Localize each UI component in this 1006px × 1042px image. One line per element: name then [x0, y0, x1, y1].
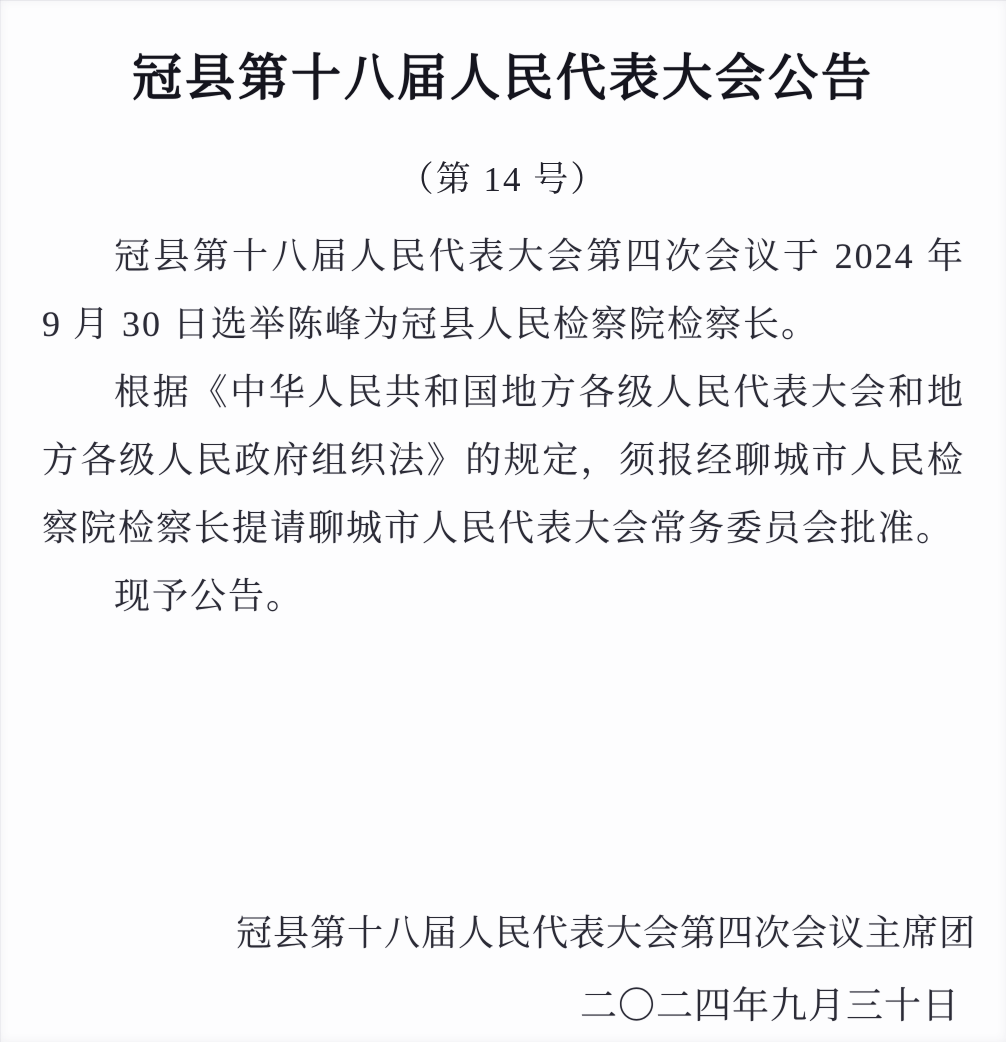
document-title: 冠县第十八届人民代表大会公告: [0, 38, 1006, 110]
document-body: 冠县第十八届人民代表大会第四次会议于 2024 年 9 月 30 日选举陈峰为冠…: [42, 222, 965, 630]
signature-presidium: 冠县第十八届人民代表大会第四次会议主席团: [236, 905, 976, 956]
document-date: 二〇二四年九月三十日: [580, 975, 960, 1029]
body-paragraph-proclamation: 现予公告。: [42, 562, 965, 630]
document-number: （第 14 号）: [0, 152, 1006, 202]
announcement-document: 冠县第十八届人民代表大会公告 （第 14 号） 冠县第十八届人民代表大会第四次会…: [0, 0, 1006, 1042]
body-paragraph-election: 冠县第十八届人民代表大会第四次会议于 2024 年 9 月 30 日选举陈峰为冠…: [42, 222, 965, 358]
body-paragraph-legal-basis: 根据《中华人民共和国地方各级人民代表大会和地方各级人民政府组织法》的规定，须报经…: [42, 358, 965, 562]
